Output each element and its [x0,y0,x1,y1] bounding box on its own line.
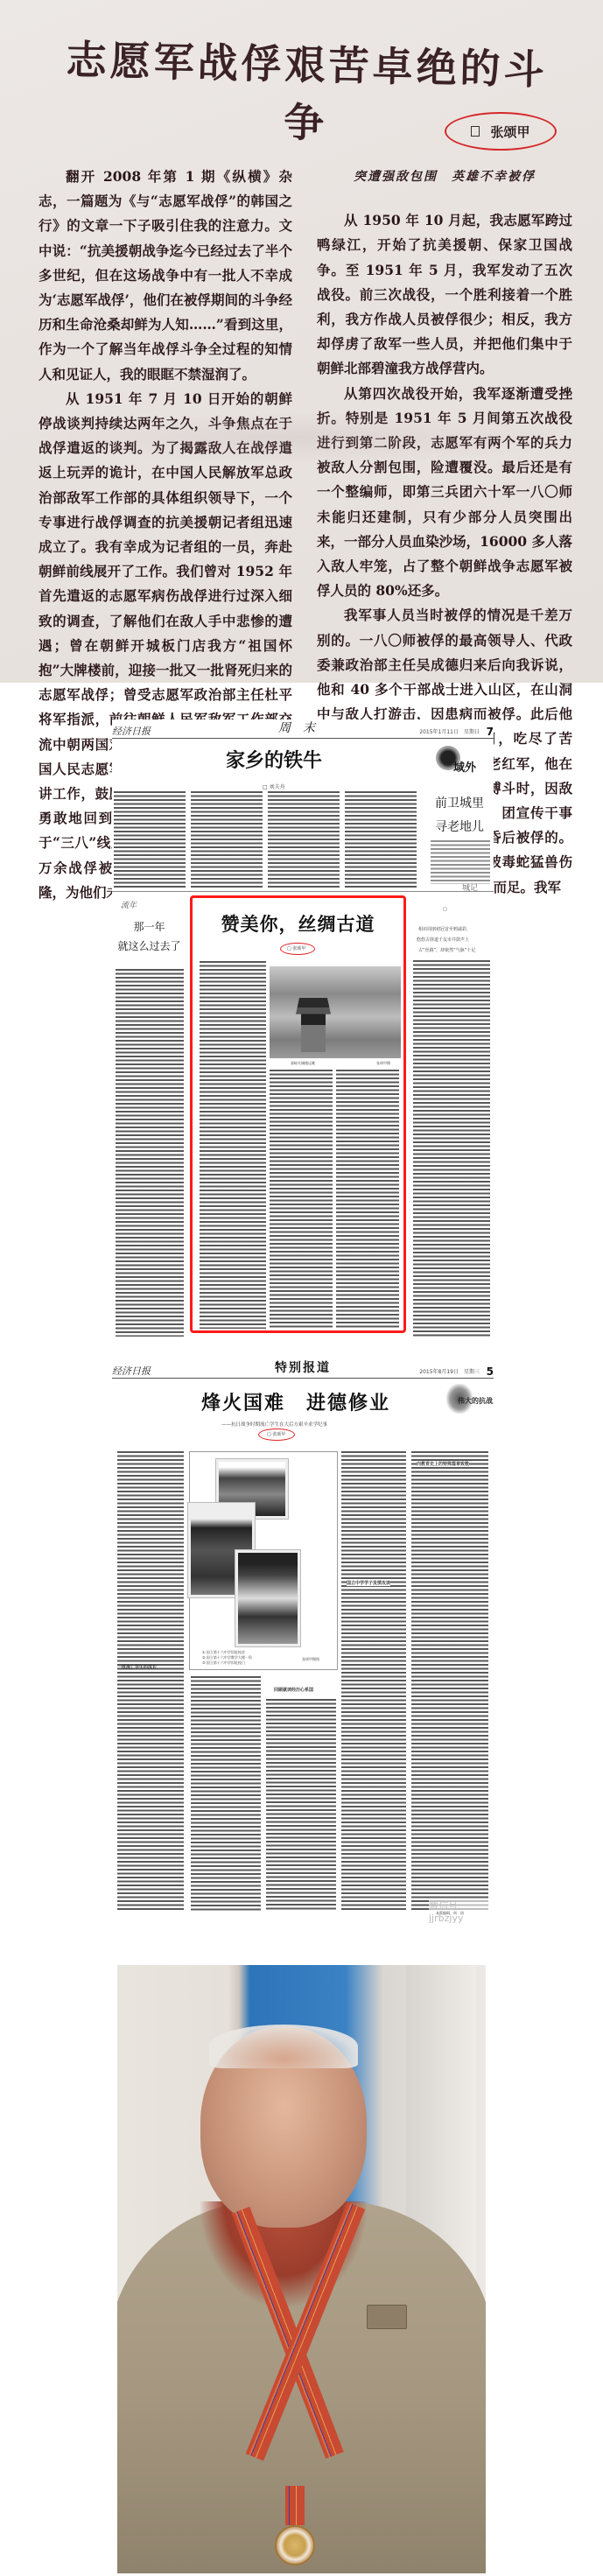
author-name: 张颂甲 [490,123,529,141]
highlighted-byline: □ 张颂甲 [287,945,305,951]
newspaper-header: 经济日报 特别报道 2015年8月19日 星期三 5 [112,1359,494,1379]
text-column [266,1699,336,1911]
pavilion-shape [296,998,331,1052]
jiayuguan-pavilion-photo [270,966,401,1058]
paragraph: 从 1950 年 10 月起，我志愿军跨过鸭绿江，开始了抗美援朝、保家卫国战争。… [317,208,572,381]
text-column [270,1070,333,1329]
text-column [114,791,186,888]
text-column [191,791,263,888]
left-headline-1: 那一年 [112,919,186,934]
photo-credit: 张颂甲摄图 [302,1657,319,1662]
text-column [345,791,417,888]
jacket-badge [367,2305,407,2329]
section-name: 特别报道 [275,1358,331,1376]
divider [112,891,494,892]
section-name: 周末 [278,719,327,736]
top-headline: 家乡的铁牛 [191,746,357,773]
page-number: 5 [487,1365,494,1378]
newspaper-page-special-report: 经济日报 特别报道 2015年8月19日 星期三 5 烽火国难 进德修业 ——抗… [112,1359,494,1920]
text-column [117,1451,184,1911]
newspaper-header: 经济日报 周末 2015年1月11日 星期日 7 [112,719,494,739]
page-number: 7 [487,726,494,738]
poem-line: 古“丝路”，却依然“气脉”十足 [418,947,475,953]
column-tag: 流年 [121,899,137,910]
paragraph: 翻开 2008 年第 1 期《纵横》杂志，一篇题为《与“志愿军战俘”的韩国之行》… [39,165,292,387]
section-subhead: 突遭强敌包围 英雄不幸被俘 [317,165,572,189]
series-logo-text: 伟大的抗战 [458,1396,493,1406]
right-headline-1: 前卫城里 [425,794,494,811]
text-column [336,1070,399,1329]
masthead-logo: 经济日报 [112,724,151,738]
text-column [268,791,340,888]
text-column [116,969,184,1337]
photo-caption: 嘉峪关城楼远眺 [291,1061,315,1066]
subhead: 回顾就读经历心系国 [274,1687,313,1693]
medal-ribbon-drop [285,2486,305,2525]
editor-line: 本版编辑 周 琦 [436,1911,464,1916]
issue-date: 2015年1月11日 星期日 [419,727,480,735]
text-column [200,961,266,1329]
newspaper-page-weekend: 经济日报 周末 2015年1月11日 星期日 7 家乡的铁牛 □ 刘夫舟 域外 … [112,719,494,1343]
byline: □ 张颂甲 [267,1431,285,1437]
photo-collage-panel: ① 国立第十六中学旧址校舍 ② 国立第十六中学教学大楼一角 ③ 国立第十六中学旧… [189,1451,338,1670]
text-column [411,1451,488,1911]
hair [209,2025,358,2068]
masthead-logo: 经济日报 [112,1364,151,1378]
photo-caption: ③ 国立第十六中学旧址校门 [202,1660,245,1666]
medal-icon [275,2525,315,2565]
highlighted-headline: 赞美你，丝绸古道 [193,910,403,937]
poem-line: 悠悠古驿道千友市井鼓声上 [417,937,469,943]
school-gate-photo-3 [235,1550,300,1646]
left-headline-2: 就这么过去了 [112,938,186,953]
column-logo-text: 域外 [453,758,476,775]
text-column [341,1451,406,1911]
subhead: 一批流亡学生的成长 [117,1664,157,1670]
text-column [191,1676,261,1911]
subhead: 向教育史上的特殊篇章致敬 [417,1461,469,1467]
top-byline: □ 刘夫舟 [263,783,285,790]
right-byline-box: □ [443,907,447,912]
poem-line: 相识周朋初冠首至鸦戚彩， [418,926,471,932]
author-byline-circled: 张颂甲 [445,112,557,151]
byline-box-icon [471,126,480,137]
text-column [431,840,490,884]
highlighted-article-box: 赞美你，丝绸古道 □ 张颂甲 嘉峪关城楼远眺 张颂甲摄 [190,895,406,1333]
subhead: 国立中学学子发愤攻读 [347,1580,390,1586]
right-headline-2: 寻老地儿 [425,818,494,835]
photo-credit: 张颂甲摄 [376,1061,390,1066]
magazine-page-photo: 志愿军战俘艰苦卓绝的斗争 张颂甲 翻开 2008 年第 1 期《纵横》杂志，一篇… [0,0,603,683]
headline: 烽火国难 进德修业 [165,1388,427,1415]
text-column [413,960,490,1337]
issue-date: 2015年8月19日 星期三 [419,1367,480,1375]
subheadline: ——抗日战争时期流亡学生在大后方艰辛求学纪事 [221,1421,327,1428]
portrait-photo-medal [117,1965,486,2573]
paragraph: 从第四次战役开始，我军逐渐遭受挫折。特别是 1951 年 5 月间第五次战役进行… [317,382,572,604]
